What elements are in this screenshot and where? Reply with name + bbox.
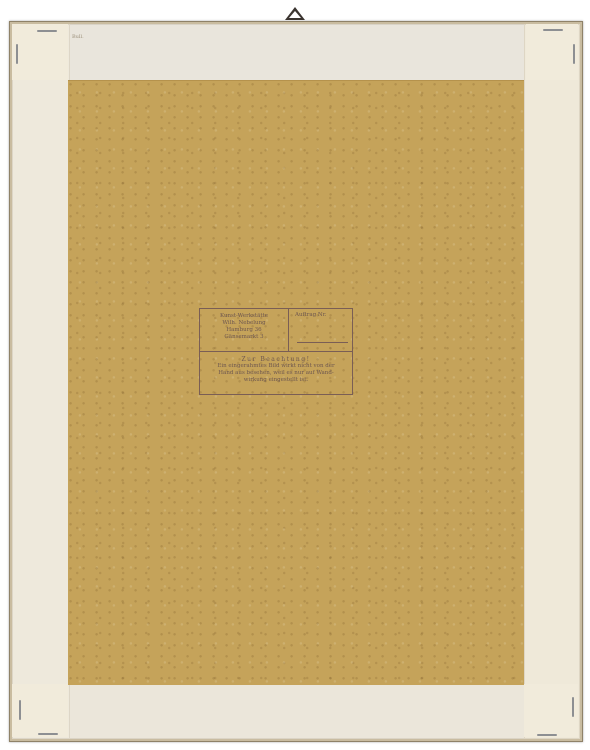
note-heading: Zur Beachtung! — [200, 356, 352, 363]
tape-corner-top-right — [526, 24, 578, 80]
stamp-order-box: Auftrag Nr. — [289, 309, 352, 351]
picture-hanger-icon — [285, 7, 305, 20]
address-line: Hamburg 36 — [200, 327, 288, 334]
staple-icon — [543, 29, 563, 31]
address-line: Kunst-Werkstätte — [200, 313, 288, 320]
tape-top — [12, 24, 580, 82]
tape-left — [12, 24, 70, 739]
tape-scrap-text: Bull. — [72, 34, 88, 40]
staple-icon — [573, 44, 575, 64]
staple-icon — [16, 44, 18, 64]
staple-icon — [37, 30, 57, 32]
address-line: Wilh. Nebelung — [200, 320, 288, 327]
note-line: Hand aus besehen, weil es nur auf Wand- — [200, 370, 352, 377]
framer-stamp: Kunst-Werkstätte Wilh. Nebelung Hamburg … — [199, 308, 353, 395]
stamp-address: Kunst-Werkstätte Wilh. Nebelung Hamburg … — [200, 309, 289, 351]
tape-right — [524, 24, 580, 739]
tape-bottom — [12, 684, 580, 739]
note-line: wirkung eingestellt ist. — [200, 377, 352, 384]
staple-icon — [572, 697, 574, 717]
order-line — [297, 342, 348, 343]
order-label: Auftrag Nr. — [295, 312, 327, 318]
staple-icon — [19, 700, 21, 720]
staple-icon — [537, 734, 557, 736]
stamp-note: Zur Beachtung! Ein eingerahmtes Bild wir… — [200, 352, 352, 384]
note-line: Ein eingerahmtes Bild wirkt nicht von de… — [200, 363, 352, 370]
address-line: Gänsemarkt 3 — [200, 334, 288, 341]
tape-corner-bottom-right — [524, 684, 578, 737]
staple-icon — [38, 733, 58, 735]
tape-corner-top-left — [12, 24, 68, 80]
